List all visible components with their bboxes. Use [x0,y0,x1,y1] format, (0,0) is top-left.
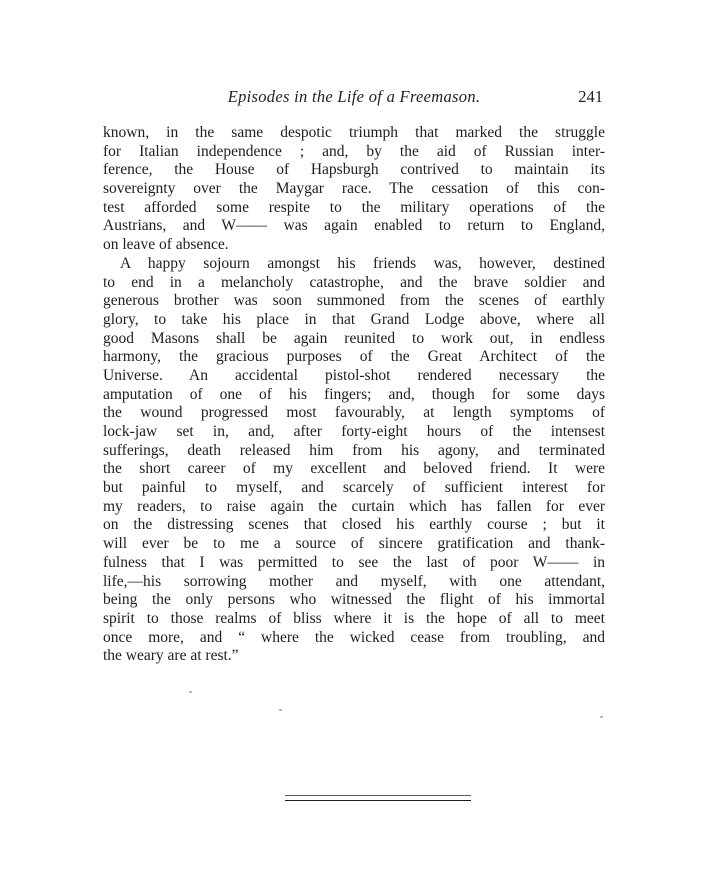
text-line: good Masons shall be again reunited to w… [103,330,605,349]
text-line: Austrians, and W—— was again enabled to … [103,217,605,236]
text-line: will ever be to me a source of sincere g… [103,535,605,554]
text-line: lock-jaw set in, and, after forty-eight … [103,423,605,442]
text-line: for Italian independence ; and, by the a… [103,143,605,162]
text-block: known, in the same despotic triumph that… [103,124,605,666]
text-line: harmony, the gracious purposes of the Gr… [103,348,605,367]
text-line: glory, to take his place in that Grand L… [103,311,605,330]
text-line: to end in a melancholy catastrophe, and … [103,274,605,293]
text-line: life,—his sorrowing mother and myself, w… [103,573,605,592]
scan-speck [600,716,603,718]
text-line: A happy sojourn amongst his friends was,… [103,255,605,274]
section-end-divider [285,795,471,801]
text-line: on the distressing scenes that closed hi… [103,516,605,535]
text-line: sovereignty over the Maygar race. The ce… [103,180,605,199]
scan-speck [279,709,282,711]
text-line: spirit to those realms of bliss where it… [103,610,605,629]
text-line: Universe. An accidental pistol-shot rend… [103,367,605,386]
running-title: Episodes in the Life of a Freemason. [103,86,605,108]
scan-speck [189,691,192,693]
text-line: the short career of my excellent and bel… [103,460,605,479]
text-line: once more, and “ where the wicked cease … [103,629,605,648]
text-line: but painful to myself, and scarcely of s… [103,479,605,498]
running-head: Episodes in the Life of a Freemason. 241 [103,86,605,108]
text-line: my readers, to raise again the curtain w… [103,498,605,517]
text-line: known, in the same despotic triumph that… [103,124,605,143]
text-line: amputation of one of his fingers; and, t… [103,386,605,405]
text-line: test afforded some respite to the milita… [103,199,605,218]
text-line: on leave of absence. [103,236,605,255]
text-line: fulness that I was permitted to see the … [103,554,605,573]
text-line: generous brother was soon summoned from … [103,292,605,311]
book-page: Episodes in the Life of a Freemason. 241… [0,0,708,884]
text-line: the wound progressed most favourably, at… [103,404,605,423]
text-line: sufferings, death released him from his … [103,442,605,461]
page-number: 241 [578,86,603,108]
text-line: the weary are at rest.” [103,647,605,666]
text-line: being the only persons who witnessed the… [103,591,605,610]
text-line: ference, the House of Hapsburgh contrive… [103,161,605,180]
